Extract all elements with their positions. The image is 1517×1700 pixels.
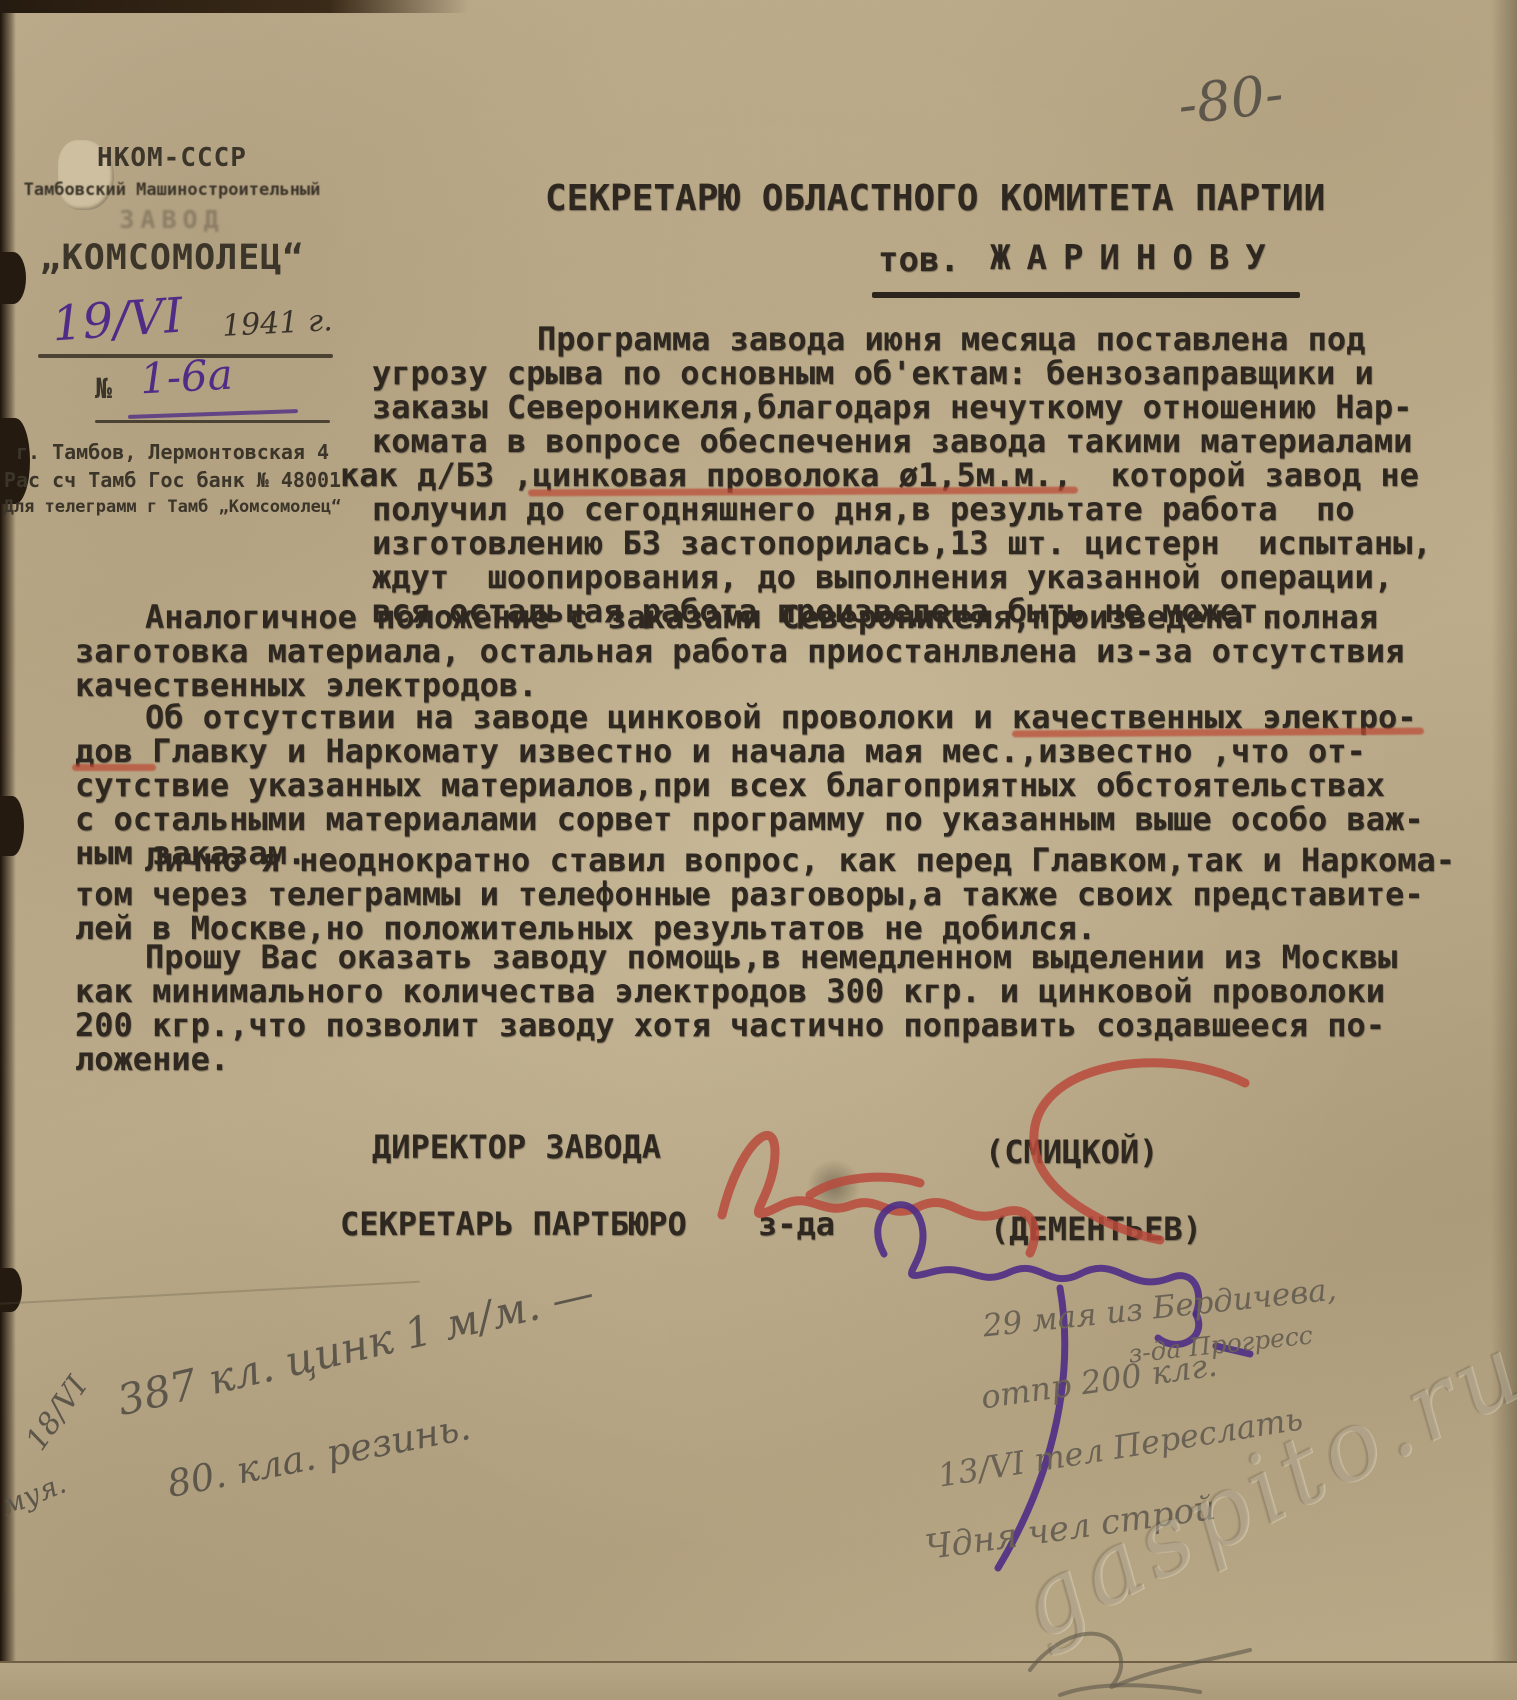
- director-label: ДИРЕКТОР ЗАВОДА: [372, 1128, 661, 1166]
- handwritten-date: 19/VI: [50, 288, 184, 353]
- archive-document-page: { "page_number": "-80-", "letterhead": {…: [0, 0, 1517, 1700]
- typed-line: Лично я неоднократно ставил вопрос, как …: [75, 843, 1455, 877]
- letterhead-ministry: НКОМ-СССР: [12, 143, 332, 173]
- typed-line: Аналогичное положение с заказами Северон…: [75, 600, 1404, 634]
- edge-tear-mark: [0, 796, 24, 856]
- address-city: г. Тамбов, Лермонтовская 4: [0, 440, 345, 464]
- secretary-label: СЕКРЕТАРЬ ПАРТБЮРО: [340, 1205, 687, 1243]
- typed-line: как минимального количества электродов 3…: [75, 974, 1397, 1008]
- red-underline-dov: [72, 764, 156, 771]
- typed-line: угрозу срыва по основным об'ектам: бензо…: [372, 356, 1432, 390]
- letterhead-zavod: ЗАВОД: [12, 205, 332, 234]
- recipient-name: ЖАРИНОВУ: [990, 238, 1282, 278]
- paragraph-4: Лично я неоднократно ставил вопрос, как …: [75, 843, 1455, 945]
- typed-line: Программа завода июня месяца поставлена …: [372, 322, 1432, 356]
- handwritten-number: 1-6а: [139, 350, 234, 404]
- number-label: №: [95, 372, 112, 405]
- page-top-edge: [0, 0, 470, 13]
- typed-line: с остальными материалами сорвет программ…: [75, 802, 1424, 836]
- typed-line: дов Главку и Наркомату известно и начала…: [75, 734, 1424, 768]
- recipient-tov: тов.: [878, 240, 960, 280]
- typed-line: заказы Североникеля,благодаря нечуткому …: [372, 390, 1432, 424]
- address-bank: Рас сч Тамб Гос банк № 48001: [0, 468, 345, 492]
- typed-line: комата в вопросе обеспечения завода таки…: [372, 424, 1432, 458]
- letterhead-factory-type: Тамбовский Машиностроительный: [2, 180, 342, 200]
- typed-line: заготовка материала, остальная работа пр…: [75, 634, 1404, 668]
- typed-line: сутствие указанных материалов,при всех б…: [75, 768, 1424, 802]
- typed-line: изготовлению БЗ застопорилась,13 шт. цис…: [372, 526, 1432, 560]
- recipient-title: СЕКРЕТАРЮ ОБЛАСТНОГО КОМИТЕТА ПАРТИИ: [545, 178, 1325, 219]
- recipient-underline: [872, 292, 1300, 298]
- pencil-scribble: [1000, 1600, 1300, 1700]
- typed-line: качественных электродов.: [75, 668, 1404, 702]
- typed-line: 200 кгр.,что позволит заводу хотя частич…: [75, 1008, 1397, 1042]
- paragraph-1: Программа завода июня месяца поставлена …: [372, 322, 1432, 628]
- date-year: 1941 г.: [221, 303, 333, 344]
- edge-tear-mark: [0, 1268, 22, 1312]
- page-number-pencil: -80-: [1175, 62, 1287, 137]
- typed-line: Прошу Вас оказать заводу помощь,в немедл…: [75, 940, 1397, 974]
- letterhead-factory-name: „КОМСОМОЛЕЦ“: [2, 238, 342, 278]
- page-right-shade: [1491, 0, 1517, 1700]
- letterhead-rule: [95, 420, 330, 423]
- typed-line: получил до сегодняшнего дня,в результате…: [372, 492, 1432, 526]
- typed-line: ждут шоопирования, до выполнения указанн…: [372, 560, 1432, 594]
- typed-line: том через телеграммы и телефонные разгов…: [75, 877, 1455, 911]
- paragraph-2: Аналогичное положение с заказами Северон…: [75, 600, 1404, 702]
- address-telegraph: Для телеграмм г Тамб „Комсомолец“: [0, 497, 345, 517]
